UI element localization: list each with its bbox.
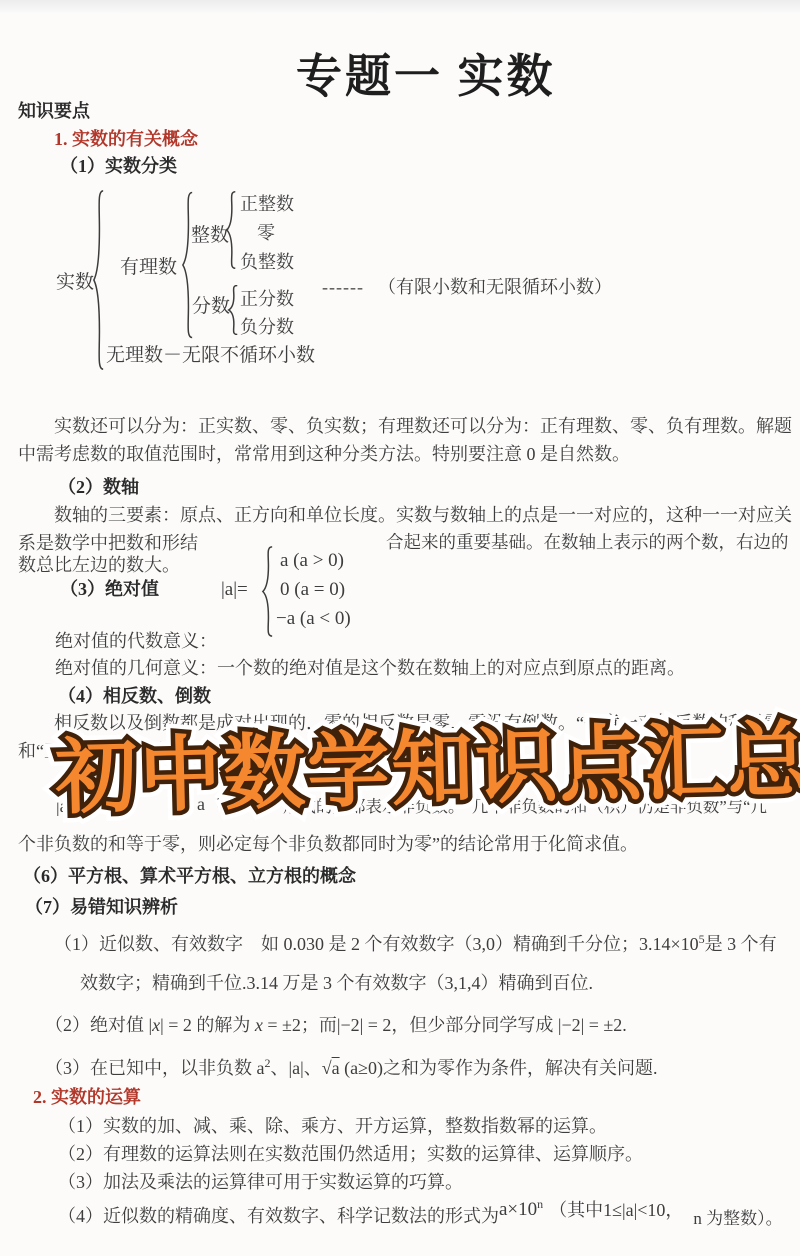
paragraph-abs-algebraic: 绝对值的代数意义： <box>55 630 217 653</box>
tree-zero: 零 <box>257 222 275 245</box>
paragraph-nonnegative-line2: 个非负数的和等于零，则必定每个非负数都同时为零”的结论常用于化简求值。 <box>18 833 638 856</box>
paragraph-nonneg-condition: （3）在已知中，以非负数 a2、|a|、√a (a≥0)之和为零作为条件，解决有… <box>45 1057 657 1080</box>
heading-nonnegative-partial: （5 <box>60 766 87 789</box>
paragraph-axis-line1: 数轴的三要素：原点、正方向和单位长度。实数与数轴上的点是一一对应的，这种一一对应… <box>54 504 792 527</box>
paragraph-nonnegative-frag-b: a（ ≥0 <box>197 793 246 816</box>
sci-notation-base: a×10 <box>499 1199 537 1220</box>
approx-text-a: （1）近似数、有效数字 如 0.030 是 2 个有效数字（3,0）精确到千分位… <box>54 934 699 954</box>
heading-absolute-value: （3）绝对值 <box>60 578 159 601</box>
nonneg-cond-b: 、|a|、 <box>271 1058 322 1078</box>
paragraph-classification-line2: 中需考虑数的取值范围时，常常用到这种分类方法。特别要注意 0 是自然数。 <box>18 443 630 466</box>
tree-irrational-label: 无理数－无限不循环小数 <box>106 344 315 368</box>
paragraph-abs-geometric: 绝对值的几何意义：一个数的绝对值是这个数在数轴上的对应点到原点的距离。 <box>55 657 685 680</box>
sqrt-symbol: √ <box>322 1058 332 1078</box>
approx-text-b: 是 3 个有 <box>705 934 777 954</box>
tree-pos-fractions: 正分数 <box>240 288 294 311</box>
abs-formula-lhs: |a|= <box>221 578 248 602</box>
paragraph-nonnegative-frag-c: 形式的数都表示非负数。“几个非负数的和（积）仍是非负数”与“几 <box>283 797 767 818</box>
document-page: 专题一 实数 知识要点 1. 实数的有关概念 （1）实数分类 实数 有理数 整数… <box>0 0 800 1256</box>
abs-formula-brace <box>261 546 274 637</box>
heading-number-axis: （2）数轴 <box>58 476 139 499</box>
tree-neg-integers: 负整数 <box>240 251 294 274</box>
nonneg-cond-c: (a≥0)之和为零作为条件，解决有关问题. <box>340 1058 658 1078</box>
tree-neg-fractions: 负分数 <box>240 316 294 339</box>
heading-real-number-concepts: 1. 实数的有关概念 <box>54 128 198 151</box>
abs-error-e: = ±2；而|−2| = 2，但少部分同学写成 |−2| = ±2. <box>263 1015 627 1035</box>
tree-dash-connector: ------ <box>322 276 364 299</box>
tree-root-label: 实数 <box>56 271 94 295</box>
paragraph-axis-line2-left: 系是数学中把数和形结 <box>18 532 198 555</box>
paragraph-approx-line2: 效数字；精确到千位.3.14 万是 3 个有效数字（3,1,4）精确到百位. <box>80 972 593 995</box>
paragraph-operations-1: （1）实数的加、减、乘、除、乘方、开方运算，整数指数幂的运算。 <box>58 1115 607 1138</box>
tree-integers-label: 整数 <box>191 224 229 248</box>
page-title: 专题一 实数 <box>296 40 556 106</box>
exponent-2: 2 <box>265 1056 271 1070</box>
sci-notation-formula: a×10n <box>499 1199 543 1220</box>
exponent-5: 5 <box>699 932 705 946</box>
abs-case-positive: a (a > 0) <box>280 549 344 573</box>
paragraph-operations-4: （4）近似数的精确度、有效数字、科学记数法的形式为a×10n（其中1≤|a|<1… <box>58 1205 783 1229</box>
abs-case-zero: 0 (a = 0) <box>280 578 345 602</box>
paragraph-approx-line1: （1）近似数、有效数字 如 0.030 是 2 个有效数字（3,0）精确到千分位… <box>54 933 777 956</box>
tree-brace-root <box>92 189 105 371</box>
abs-error-a: （2）绝对值 | <box>45 1015 152 1035</box>
abs-error-var-x2: x <box>255 1015 263 1035</box>
paragraph-axis-line3: 数总比左边的数大。 <box>18 554 180 577</box>
nonneg-cond-a: （3）在已知中，以非负数 a <box>45 1058 265 1078</box>
heading-classification: （1）实数分类 <box>60 155 177 178</box>
paragraph-abs-error: （2）绝对值 |x| = 2 的解为 x = ±2；而|−2| = 2，但少部分… <box>45 1014 627 1037</box>
heading-real-number-operations: 2. 实数的运算 <box>33 1086 141 1109</box>
scan-artifact-band <box>0 0 800 14</box>
heading-square-roots: （6）平方根、算术平方根、立方根的概念 <box>23 865 356 888</box>
exponent-n: n <box>537 1197 543 1211</box>
paragraph-operations-2: （2）有理数的运算法则在实数范围仍然适用；实数的运算律、运算顺序。 <box>58 1143 643 1166</box>
paragraph-opposite-line2: 和“互为倒数的两个数的积是 1”的特性常作为计算与变形的技巧 <box>18 740 515 763</box>
section-knowledge-points: 知识要点 <box>18 100 90 123</box>
heading-opposite-reciprocal: （4）相反数、倒数 <box>58 685 211 708</box>
heading-error-prone: （7）易错知识辨析 <box>25 896 178 919</box>
abs-error-c: | = 2 的解为 <box>160 1015 255 1035</box>
tree-pos-integers: 正整数 <box>240 193 294 216</box>
abs-error-var-x1: x <box>152 1015 160 1035</box>
paragraph-operations-3: （3）加法及乘法的运算律可用于实数运算的巧算。 <box>58 1171 463 1194</box>
abs-case-negative: −a (a < 0) <box>276 607 351 631</box>
sqrt-argument: a <box>332 1058 340 1078</box>
paragraph-classification-line1: 实数还可以分为：正实数、零、负实数；有理数还可以分为：正有理数、零、负有理数。解… <box>54 415 792 438</box>
tree-brace-fractions <box>227 285 239 335</box>
paragraph-nonnegative-frag-a: |a|、 <box>56 795 89 818</box>
tree-brace-integers <box>225 191 237 269</box>
sci-notation-text: （4）近似数的精确度、有效数字、科学记数法的形式为 <box>58 1206 499 1226</box>
tree-rational-label: 有理数 <box>120 256 177 280</box>
paragraph-opposite-line1: 相反数以及倒数都是成对出现的，零的相反数是零，零没有倒数。“任意一对相反数的和是… <box>54 712 790 735</box>
tree-note-finite-decimals: （有限小数和无限循环小数） <box>378 276 612 299</box>
paragraph-axis-line2-right: 合起来的重要基础。在数轴上表示的两个数，右边的 <box>386 532 789 554</box>
tree-fractions-label: 分数 <box>192 295 230 319</box>
sci-notation-condition: （其中1≤|a|<10， <box>549 1200 683 1220</box>
sci-notation-integer-note: n 为整数）。 <box>693 1209 782 1228</box>
